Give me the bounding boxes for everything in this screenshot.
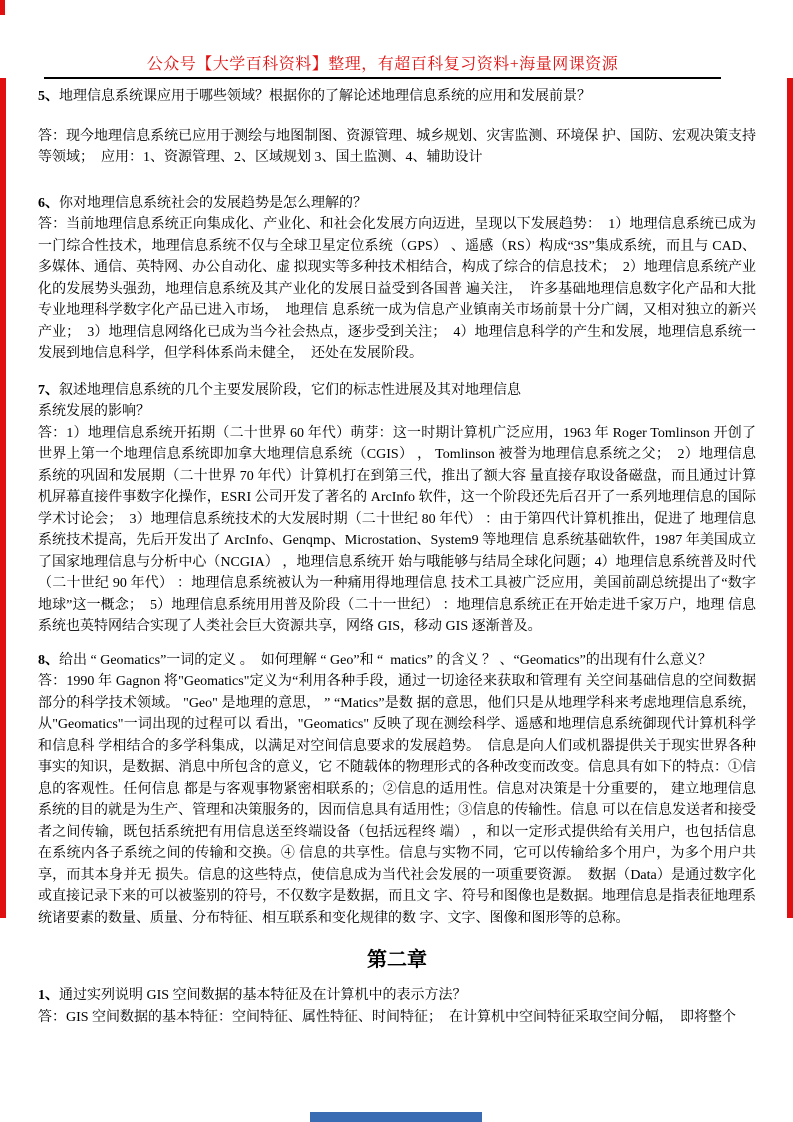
question-8-text: 给出 “ Geomatics”一词的定义 。 如何理解 “ Geo”和 “ ma… xyxy=(59,653,712,668)
question-8-number: 8、 xyxy=(38,653,59,668)
chapter-2-heading: 第二章 xyxy=(38,947,756,973)
document-page: { "colors": { "header_red": "#e01010", "… xyxy=(0,0,793,1122)
chapter2-answer-1: 答：GIS 空间数据的基本特征：空间特征、属性特征、时间特征； 在计算机中空间特… xyxy=(38,1007,756,1029)
chapter2-question-1-number: 1、 xyxy=(38,988,59,1003)
document-body: 公众号【大学百科资料】整理，有超百科复习资料+海量网课资源 5、地理信息系统课应… xyxy=(38,0,756,1028)
top-left-edge-marker xyxy=(0,0,5,15)
answer-8: 答：1990 年 Gagnon 将"Geomatics"定义为“利用各种手段，通… xyxy=(38,671,756,929)
question-6: 6、你对地理信息系统社会的发展趋势是怎么理解的？ xyxy=(38,193,756,215)
question-6-text: 你对地理信息系统社会的发展趋势是怎么理解的？ xyxy=(59,196,367,211)
chapter2-answer-1-text: 答：GIS 空间数据的基本特征：空间特征、属性特征、时间特征； 在计算机中空间特… xyxy=(38,1010,736,1025)
answer-6: 答：当前地理信息系统正向集成化、产业化、和社会化发展方向迈进，呈现以下发展趋势：… xyxy=(38,214,756,365)
bottom-scrollbar-thumb[interactable] xyxy=(310,1112,482,1122)
answer-5-text: 答：现今地理信息系统已应用于测绘与地图制图、资源管理、城乡规划、灾害监测、环境保… xyxy=(38,129,756,166)
answer-5: 答：现今地理信息系统已应用于测绘与地图制图、资源管理、城乡规划、灾害监测、环境保… xyxy=(38,126,756,169)
chapter2-question-1: 1、通过实列说明 GIS 空间数据的基本特征及在计算机中的表示方法？ xyxy=(38,985,756,1007)
question-7: 7、叙述地理信息系统的几个主要发展阶段，它们的标志性进展及其对地理信息 系统发展… xyxy=(38,380,756,423)
question-7-number: 7、 xyxy=(38,383,59,398)
question-5: 5、地理信息系统课应用于哪些领域？根据你的了解论述地理信息系统的应用和发展前景？ xyxy=(38,86,756,108)
question-6-number: 6、 xyxy=(38,196,59,211)
answer-7-text: 答：1）地理信息系统开拓期（二十世界 60 年代）萌芽：这一时期计算机广泛应用，… xyxy=(38,426,756,635)
answer-7: 答：1）地理信息系统开拓期（二十世界 60 年代）萌芽：这一时期计算机广泛应用，… xyxy=(38,423,756,638)
right-edge-marker xyxy=(787,78,793,918)
answer-8-text: 答：1990 年 Gagnon 将"Geomatics"定义为“利用各种手段，通… xyxy=(38,674,760,926)
left-edge-marker xyxy=(0,78,6,918)
question-8: 8、给出 “ Geomatics”一词的定义 。 如何理解 “ Geo”和 “ … xyxy=(38,650,756,672)
header-promo-text: 公众号【大学百科资料】整理，有超百科复习资料+海量网课资源 xyxy=(147,56,619,73)
question-5-text: 地理信息系统课应用于哪些领域？根据你的了解论述地理信息系统的应用和发展前景？ xyxy=(59,89,591,104)
answer-6-text: 答：当前地理信息系统正向集成化、产业化、和社会化发展方向迈进，呈现以下发展趋势：… xyxy=(38,217,756,361)
chapter2-question-1-text: 通过实列说明 GIS 空间数据的基本特征及在计算机中的表示方法？ xyxy=(59,988,467,1003)
page-header: 公众号【大学百科资料】整理，有超百科复习资料+海量网课资源 xyxy=(44,0,721,79)
question-5-number: 5、 xyxy=(38,89,59,104)
question-7-text: 叙述地理信息系统的几个主要发展阶段，它们的标志性进展及其对地理信息 系统发展的影… xyxy=(38,383,521,420)
